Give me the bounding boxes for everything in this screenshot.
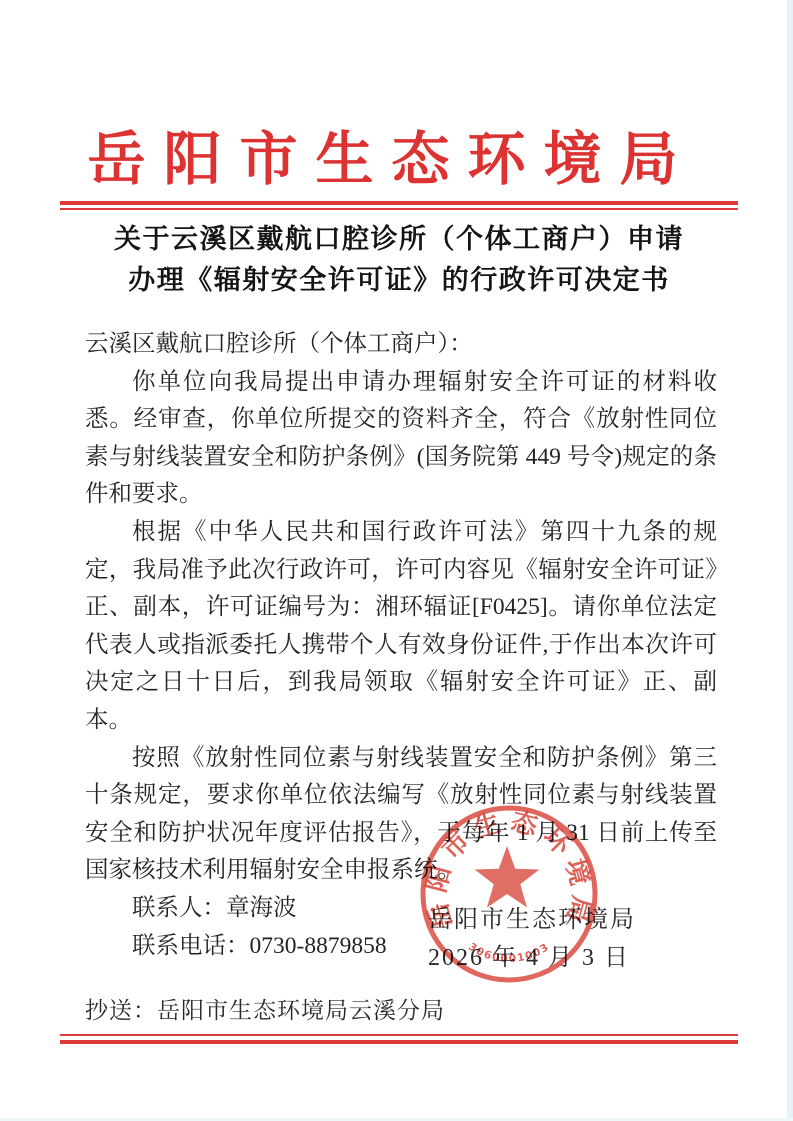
- letterhead-agency-name: 岳阳市生态环境局: [0, 112, 783, 196]
- footer-rule-thin: [60, 1034, 738, 1036]
- salutation-line: 云溪区戴航口腔诊所（个体工商户）：: [85, 326, 717, 364]
- body-paragraph-1: 你单位向我局提出申请办理辐射安全许可证的材料收悉。经审查，你单位所提交的资料齐全…: [85, 364, 717, 514]
- document-title-line-1: 关于云溪区戴航口腔诊所（个体工商户）申请: [60, 219, 738, 260]
- cc-line: 抄送：岳阳市生态环境局云溪分局: [85, 992, 445, 1025]
- body-paragraph-3: 按照《放射性同位素与射线装置安全和防护条例》第三十条规定，要求你单位依法编写《放…: [85, 740, 717, 890]
- document-title-line-2: 办理《辐射安全许可证》的行政许可决定书: [60, 260, 738, 301]
- footer-rule-thick: [60, 1040, 738, 1044]
- document-body: 云溪区戴航口腔诊所（个体工商户）： 你单位向我局提出申请办理辐射安全许可证的材料…: [85, 326, 717, 965]
- letterhead-rule-thick: [60, 201, 738, 205]
- body-paragraph-2: 根据《中华人民共和国行政许可法》第四十九条的规定，我局准予此次行政许可，许可内容…: [85, 514, 717, 740]
- document-title: 关于云溪区戴航口腔诊所（个体工商户）申请 办理《辐射安全许可证》的行政许可决定书: [60, 219, 738, 301]
- scan-edge-right: [787, 0, 793, 1121]
- seal-star: [475, 846, 540, 908]
- official-seal: 岳阳市生态环境局 430600010032: [417, 802, 601, 986]
- scanned-document-page: 岳阳市生态环境局 关于云溪区戴航口腔诊所（个体工商户）申请 办理《辐射安全许可证…: [0, 0, 793, 1121]
- letterhead-rule-thin: [60, 208, 738, 210]
